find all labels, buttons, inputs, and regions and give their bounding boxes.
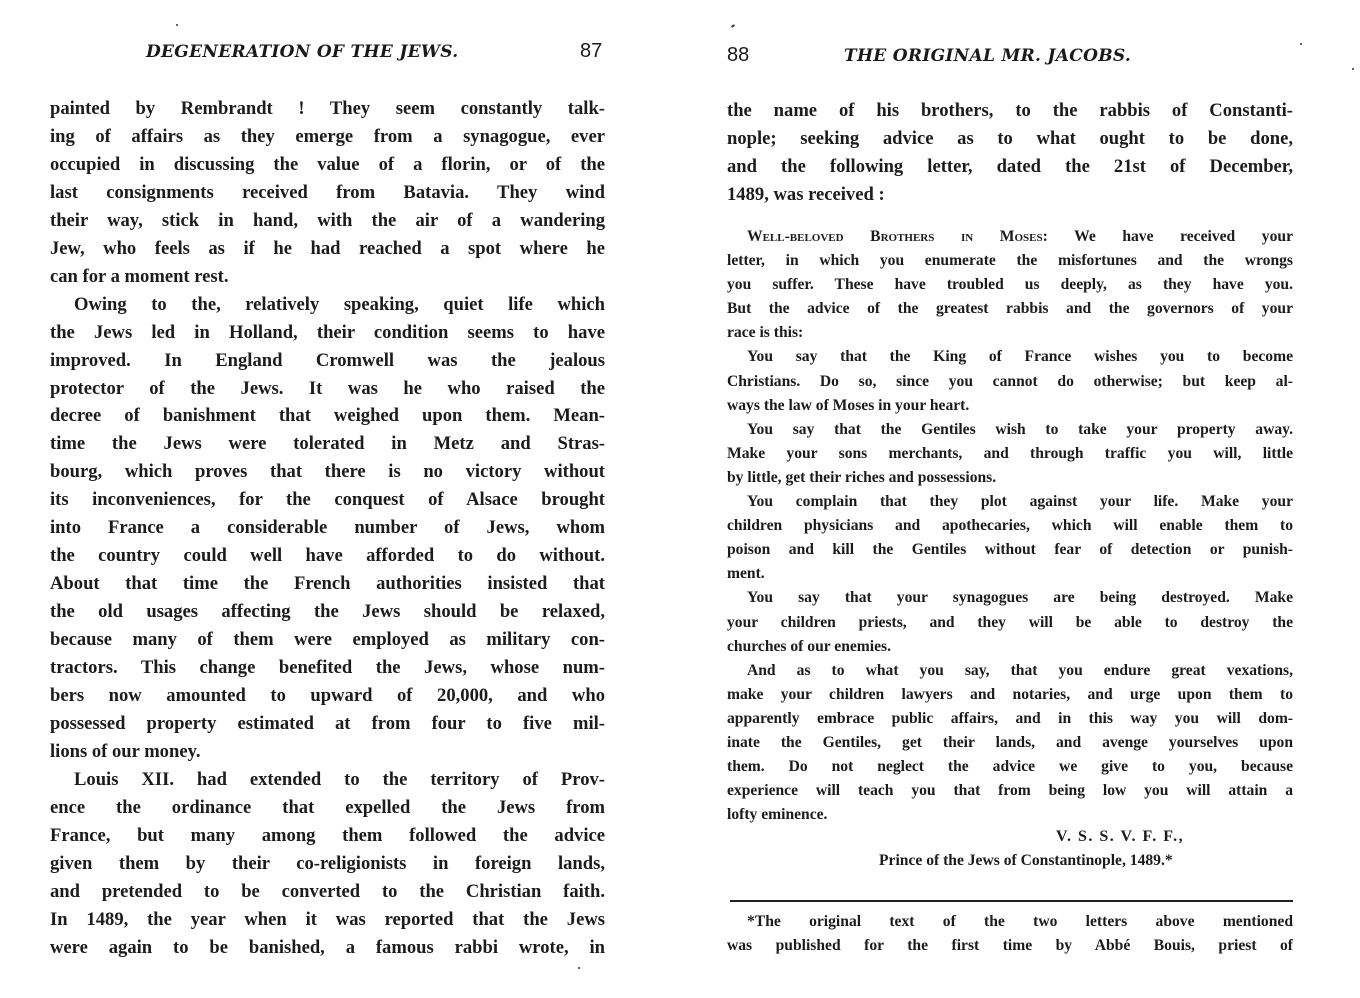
text-line: the name of his brothers, to the rabbis … (727, 97, 1293, 125)
text-fragment: We have received your (1048, 228, 1293, 245)
text-line: About that time the French authorities i… (50, 570, 605, 598)
scan-speck (1352, 68, 1354, 70)
right-body-text: the name of his brothers, to the rabbis … (727, 97, 1293, 209)
text-line: occupied in discussing the value of a fl… (50, 151, 605, 179)
text-line: Jew, who feels as if he had reached a sp… (50, 235, 605, 263)
text-line: improved. In England Cromwell was the je… (50, 347, 605, 375)
paragraph: Louis XII. had extended to the territory… (50, 766, 605, 962)
text-line: Louis XII. had extended to the territory… (50, 766, 605, 794)
text-line: *The original text of the two letters ab… (727, 910, 1293, 934)
letter-salutation: Well-beloved Brothers in Moses: (747, 228, 1048, 245)
text-line: given them by their co-religionists in f… (50, 850, 605, 878)
footnote: *The original text of the two letters ab… (727, 910, 1293, 958)
scan-speck (578, 967, 580, 969)
text-line: time the Jews were tolerated in Metz and… (50, 430, 605, 458)
running-head-title: DEGENERATION OF THE JEWS. (146, 42, 459, 62)
text-line: ways the law of Moses in your heart. (727, 394, 1293, 418)
text-line: Owing to the, relatively speaking, quiet… (50, 291, 605, 319)
text-line: and the following letter, dated the 21st… (727, 153, 1293, 181)
left-page: DEGENERATION OF THE JEWS. 87 painted by … (0, 0, 680, 998)
text-line: You say that your synagogues are being d… (727, 586, 1293, 610)
scan-speck (176, 24, 178, 26)
text-line: Make your sons merchants, and through tr… (727, 442, 1293, 466)
footnote-divider (730, 900, 1293, 902)
page-number: 88 (727, 44, 749, 67)
text-line: children physicians and apothecaries, wh… (727, 514, 1293, 538)
quoted-letter: Well-beloved Brothers in Moses: We have … (727, 225, 1293, 827)
text-line: because many of them were employed as mi… (50, 626, 605, 654)
text-line: were again to be banished, a famous rabb… (50, 934, 605, 962)
text-line: was published for the first time by Abbé… (727, 934, 1293, 958)
signature-title: Prince of the Jews of Constantinople, 14… (879, 852, 1173, 870)
text-line: tractors. This change benefited the Jews… (50, 654, 605, 682)
text-line: But the advice of the greatest rabbis an… (727, 297, 1293, 321)
text-line: and pretended to be converted to the Chr… (50, 878, 605, 906)
text-line: nople; seeking advice as to what ought t… (727, 125, 1293, 153)
text-line: France, but many among them followed the… (50, 822, 605, 850)
text-line: last consignments received from Batavia.… (50, 179, 605, 207)
text-line: poison and kill the Gentiles without fea… (727, 538, 1293, 562)
text-line: your children priests, and they will be … (727, 611, 1293, 635)
text-line: the country could well have afforded to … (50, 542, 605, 570)
text-line: You say that the Gentiles wish to take y… (727, 418, 1293, 442)
paragraph: the name of his brothers, to the rabbis … (727, 97, 1293, 209)
text-line: by little, get their riches and possessi… (727, 466, 1293, 490)
text-line: the Jews led in Holland, their condition… (50, 319, 605, 347)
text-line: decree of banishment that weighed upon t… (50, 402, 605, 430)
paragraph: painted by Rembrandt ! They seem constan… (50, 95, 605, 291)
text-line: You complain that they plot against your… (727, 490, 1293, 514)
text-line: bers now amounted to upward of 20,000, a… (50, 682, 605, 710)
text-line: race is this: (727, 321, 1293, 345)
text-line: the old usages affecting the Jews should… (50, 598, 605, 626)
text-line: Christians. Do so, since you cannot do o… (727, 370, 1293, 394)
text-line: into France a considerable number of Jew… (50, 514, 605, 542)
text-line: 1489, was received : (727, 181, 1293, 209)
text-line: letter, in which you enumerate the misfo… (727, 249, 1293, 273)
text-line: painted by Rembrandt ! They seem constan… (50, 95, 605, 123)
signature-initials: V. S. S. V. F. F., (1056, 828, 1184, 846)
text-line: inate the Gentiles, get their lands, and… (727, 731, 1293, 755)
text-line: them. Do not neglect the advice we give … (727, 755, 1293, 779)
text-line: can for a moment rest. (50, 263, 605, 291)
text-line: And as to what you say, that you endure … (727, 659, 1293, 683)
text-line: bourg, which proves that there is no vic… (50, 458, 605, 486)
text-line: their way, stick in hand, with the air o… (50, 207, 605, 235)
running-head-title: THE ORIGINAL MR. JACOBS. (844, 46, 1131, 66)
page-number: 87 (580, 40, 602, 63)
text-line: ence the ordinance that expelled the Jew… (50, 794, 605, 822)
text-line: ing of affairs as they emerge from a syn… (50, 123, 605, 151)
text-line: In 1489, the year when it was reported t… (50, 906, 605, 934)
right-page: 88 THE ORIGINAL MR. JACOBS. the name of … (680, 0, 1360, 998)
left-body-text: painted by Rembrandt ! They seem constan… (50, 95, 605, 962)
text-line: lions of our money. (50, 738, 605, 766)
text-line: protector of the Jews. It was he who rai… (50, 375, 605, 403)
text-line: churches of our enemies. (727, 635, 1293, 659)
scan-speck (731, 24, 735, 28)
scan-speck (1300, 43, 1302, 45)
text-line: lofty eminence. (727, 803, 1293, 827)
text-line: You say that the King of France wishes y… (727, 345, 1293, 369)
text-line: you suffer. These have troubled us deepl… (727, 273, 1293, 297)
text-line: make your children lawyers and notaries,… (727, 683, 1293, 707)
text-line: experience will teach you that from bein… (727, 779, 1293, 803)
text-line: its inconveniences, for the conquest of … (50, 486, 605, 514)
paragraph: Owing to the, relatively speaking, quiet… (50, 291, 605, 766)
text-line: possessed property estimated at from fou… (50, 710, 605, 738)
text-line: apparently embrace public affairs, and i… (727, 707, 1293, 731)
letter-first-line: Well-beloved Brothers in Moses: We have … (727, 225, 1293, 249)
text-line: ment. (727, 562, 1293, 586)
